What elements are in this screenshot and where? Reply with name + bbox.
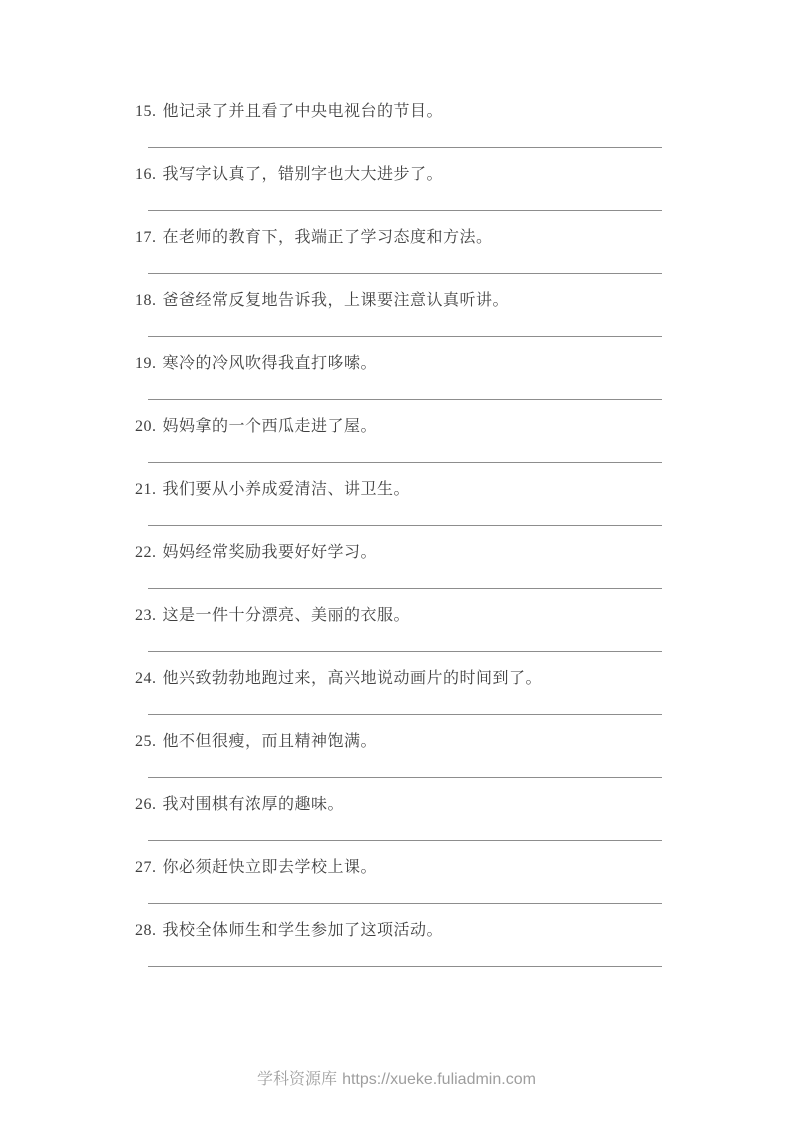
worksheet-item-26: 26.我对围棋有浓厚的趣味。 — [0, 795, 793, 858]
answer-blank-line — [148, 336, 662, 337]
item-text: 我校全体师生和学生参加了这项活动。 — [163, 922, 444, 939]
answer-blank-line — [148, 651, 662, 652]
item-number: 28. — [135, 922, 157, 939]
sentence: 18.爸爸经常反复地告诉我，上课要注意认真听讲。 — [135, 291, 733, 311]
sentence: 19.寒冷的冷风吹得我直打哆嗦。 — [135, 354, 733, 374]
answer-blank-line — [148, 399, 662, 400]
item-number: 16. — [135, 166, 157, 183]
worksheet-item-20: 20.妈妈拿的一个西瓜走进了屋。 — [0, 417, 793, 480]
sentence: 23.这是一件十分漂亮、美丽的衣服。 — [135, 606, 733, 626]
sentence: 20.妈妈拿的一个西瓜走进了屋。 — [135, 417, 733, 437]
item-text: 我对围棋有浓厚的趣味。 — [163, 796, 345, 813]
answer-blank-line — [148, 903, 662, 904]
worksheet-item-28: 28.我校全体师生和学生参加了这项活动。 — [0, 921, 793, 984]
item-text: 你必须赶快立即去学校上课。 — [163, 859, 378, 876]
sentence: 28.我校全体师生和学生参加了这项活动。 — [135, 921, 733, 941]
sentence: 26.我对围棋有浓厚的趣味。 — [135, 795, 733, 815]
answer-blank-line — [148, 147, 662, 148]
answer-blank-line — [148, 840, 662, 841]
item-number: 26. — [135, 796, 157, 813]
item-text: 妈妈经常奖励我要好好学习。 — [163, 544, 378, 561]
item-text: 他不但很瘦，而且精神饱满。 — [163, 733, 378, 750]
answer-blank-line — [148, 714, 662, 715]
item-number: 25. — [135, 733, 157, 750]
item-text: 在老师的教育下，我端正了学习态度和方法。 — [163, 229, 493, 246]
item-number: 22. — [135, 544, 157, 561]
item-number: 21. — [135, 481, 157, 498]
answer-blank-line — [148, 777, 662, 778]
item-number: 27. — [135, 859, 157, 876]
sentence: 25.他不但很瘦，而且精神饱满。 — [135, 732, 733, 752]
sentence: 15.他记录了并且看了中央电视台的节目。 — [135, 102, 733, 122]
worksheet-item-16: 16.我写字认真了，错别字也大大进步了。 — [0, 165, 793, 228]
item-text: 爸爸经常反复地告诉我，上课要注意认真听讲。 — [163, 292, 510, 309]
item-text: 他兴致勃勃地跑过来，高兴地说动画片的时间到了。 — [163, 670, 543, 687]
item-number: 20. — [135, 418, 157, 435]
item-text: 寒冷的冷风吹得我直打哆嗦。 — [163, 355, 378, 372]
page-footer: 学科资源库https://xueke.fuliadmin.com — [0, 1066, 793, 1089]
answer-blank-line — [148, 588, 662, 589]
item-text: 我们要从小养成爱清洁、讲卫生。 — [163, 481, 411, 498]
item-number: 15. — [135, 103, 157, 120]
answer-blank-line — [148, 462, 662, 463]
answer-blank-line — [148, 273, 662, 274]
answer-blank-line — [148, 210, 662, 211]
worksheet-item-24: 24.他兴致勃勃地跑过来，高兴地说动画片的时间到了。 — [0, 669, 793, 732]
item-number: 17. — [135, 229, 157, 246]
footer-url-link[interactable]: https://xueke.fuliadmin.com — [342, 1071, 536, 1088]
sentence: 17.在老师的教育下，我端正了学习态度和方法。 — [135, 228, 733, 248]
item-text: 这是一件十分漂亮、美丽的衣服。 — [163, 607, 411, 624]
item-text: 我写字认真了，错别字也大大进步了。 — [163, 166, 444, 183]
sentence-correction-list: 15.他记录了并且看了中央电视台的节目。 16.我写字认真了，错别字也大大进步了… — [0, 102, 793, 984]
worksheet-item-25: 25.他不但很瘦，而且精神饱满。 — [0, 732, 793, 795]
footer-site-name: 学科资源库 — [257, 1071, 337, 1088]
item-text: 他记录了并且看了中央电视台的节目。 — [163, 103, 444, 120]
item-number: 23. — [135, 607, 157, 624]
sentence: 27.你必须赶快立即去学校上课。 — [135, 858, 733, 878]
item-number: 19. — [135, 355, 157, 372]
worksheet-item-27: 27.你必须赶快立即去学校上课。 — [0, 858, 793, 921]
worksheet-item-22: 22.妈妈经常奖励我要好好学习。 — [0, 543, 793, 606]
sentence: 21.我们要从小养成爱清洁、讲卫生。 — [135, 480, 733, 500]
answer-blank-line — [148, 966, 662, 967]
worksheet-page: 15.他记录了并且看了中央电视台的节目。 16.我写字认真了，错别字也大大进步了… — [0, 0, 793, 1122]
worksheet-item-17: 17.在老师的教育下，我端正了学习态度和方法。 — [0, 228, 793, 291]
worksheet-item-15: 15.他记录了并且看了中央电视台的节目。 — [0, 102, 793, 165]
item-text: 妈妈拿的一个西瓜走进了屋。 — [163, 418, 378, 435]
worksheet-item-18: 18.爸爸经常反复地告诉我，上课要注意认真听讲。 — [0, 291, 793, 354]
sentence: 22.妈妈经常奖励我要好好学习。 — [135, 543, 733, 563]
sentence: 16.我写字认真了，错别字也大大进步了。 — [135, 165, 733, 185]
worksheet-item-23: 23.这是一件十分漂亮、美丽的衣服。 — [0, 606, 793, 669]
item-number: 24. — [135, 670, 157, 687]
sentence: 24.他兴致勃勃地跑过来，高兴地说动画片的时间到了。 — [135, 669, 733, 689]
item-number: 18. — [135, 292, 157, 309]
worksheet-item-21: 21.我们要从小养成爱清洁、讲卫生。 — [0, 480, 793, 543]
answer-blank-line — [148, 525, 662, 526]
worksheet-item-19: 19.寒冷的冷风吹得我直打哆嗦。 — [0, 354, 793, 417]
